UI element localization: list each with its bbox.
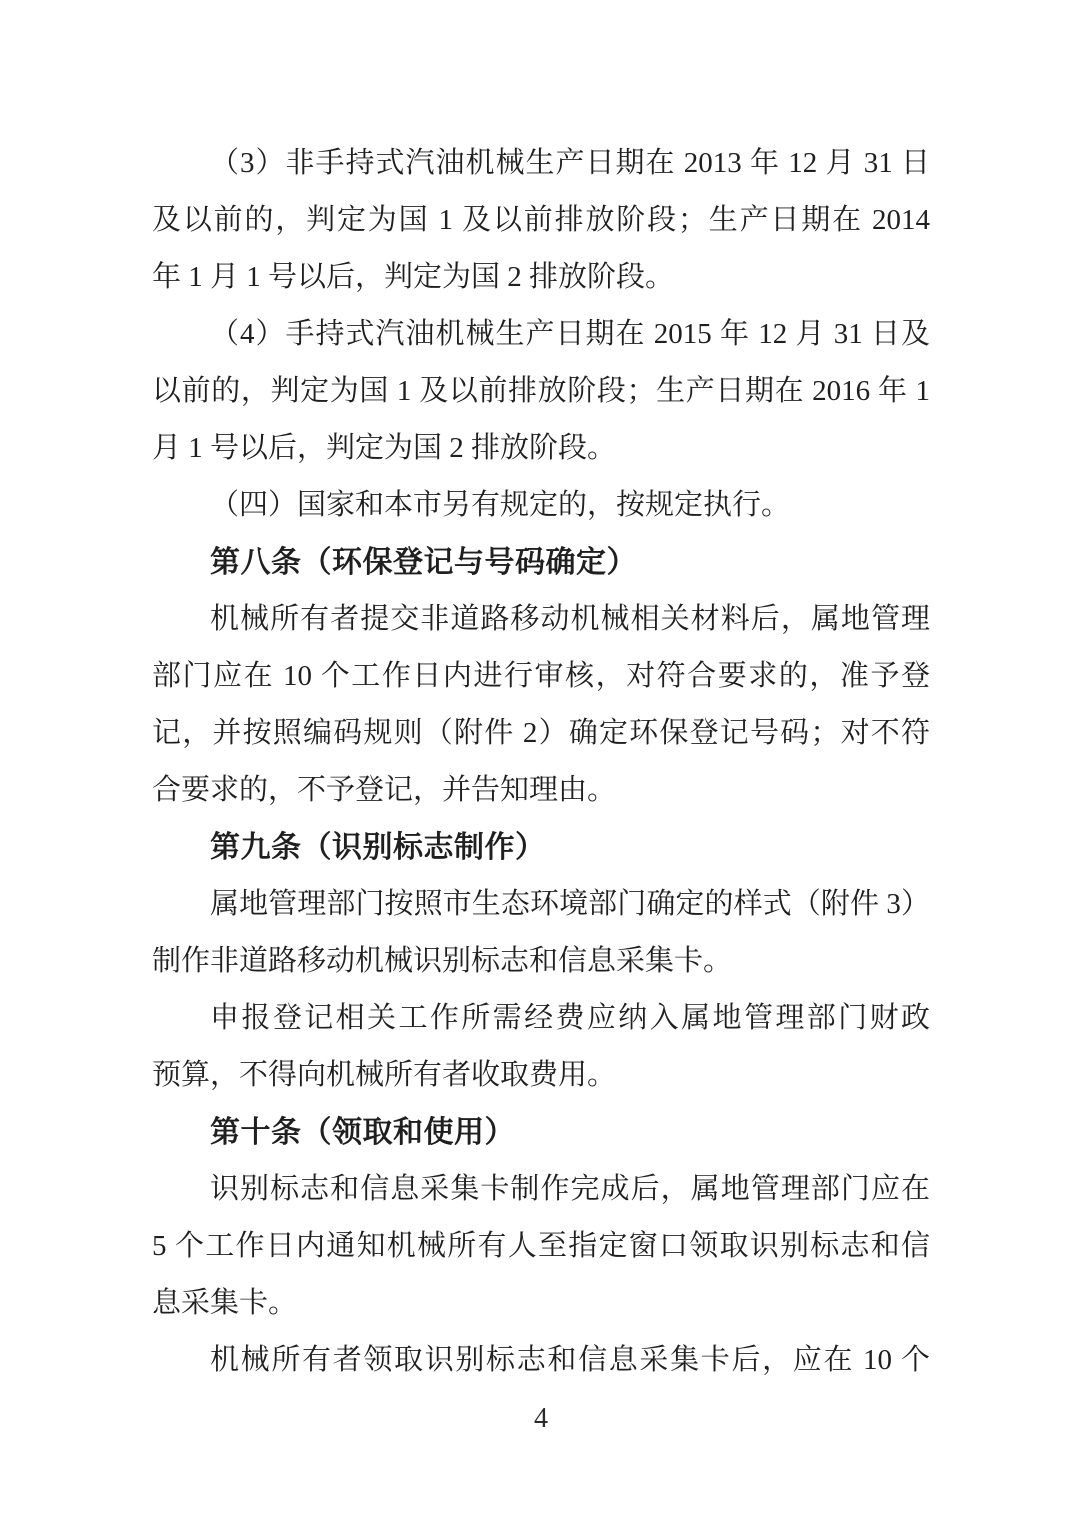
body-text-line: 部门应在 10 个工作日内进行审核，对符合要求的，准予登	[152, 648, 930, 705]
body-text-line: 预算，不得向机械所有者收取费用。	[152, 1047, 930, 1104]
body-text-line: 息采集卡。	[152, 1275, 930, 1332]
page-number: 4	[534, 1403, 548, 1434]
body-text-line: （3）非手持式汽油机械生产日期在 2013 年 12 月 31 日	[152, 135, 930, 192]
page-footer: 4	[152, 1399, 930, 1439]
body-text-line: 机械所有者提交非道路移动机械相关材料后，属地管理	[152, 591, 930, 648]
body-text-line: 属地管理部门按照市生态环境部门确定的样式（附件 3）	[152, 876, 930, 933]
body-text-line: 5 个工作日内通知机械所有人至指定窗口领取识别标志和信	[152, 1218, 930, 1275]
body-text-line: 记，并按照编码规则（附件 2）确定环保登记号码；对不符	[152, 705, 930, 762]
document-body: （3）非手持式汽油机械生产日期在 2013 年 12 月 31 日及以前的，判定…	[152, 135, 930, 1389]
article-heading: 第十条（领取和使用）	[152, 1104, 930, 1161]
body-text-line: 机械所有者领取识别标志和信息采集卡后，应在 10 个	[152, 1332, 930, 1389]
article-heading: 第九条（识别标志制作）	[152, 819, 930, 876]
body-text-line: 申报登记相关工作所需经费应纳入属地管理部门财政	[152, 990, 930, 1047]
body-text-line: 年 1 月 1 号以后，判定为国 2 排放阶段。	[152, 249, 930, 306]
body-text-line: 月 1 号以后，判定为国 2 排放阶段。	[152, 420, 930, 477]
body-text-line: （4）手持式汽油机械生产日期在 2015 年 12 月 31 日及	[152, 306, 930, 363]
body-text-line: 及以前的，判定为国 1 及以前排放阶段；生产日期在 2014	[152, 192, 930, 249]
body-text-line: 识别标志和信息采集卡制作完成后，属地管理部门应在	[152, 1161, 930, 1218]
body-text-line: 合要求的，不予登记，并告知理由。	[152, 762, 930, 819]
body-text-line: 以前的，判定为国 1 及以前排放阶段；生产日期在 2016 年 1	[152, 363, 930, 420]
body-text-line: （四）国家和本市另有规定的，按规定执行。	[152, 477, 930, 534]
body-text-line: 制作非道路移动机械识别标志和信息采集卡。	[152, 933, 930, 990]
document-page: （3）非手持式汽油机械生产日期在 2013 年 12 月 31 日及以前的，判定…	[0, 0, 1080, 1528]
article-heading: 第八条（环保登记与号码确定）	[152, 534, 930, 591]
